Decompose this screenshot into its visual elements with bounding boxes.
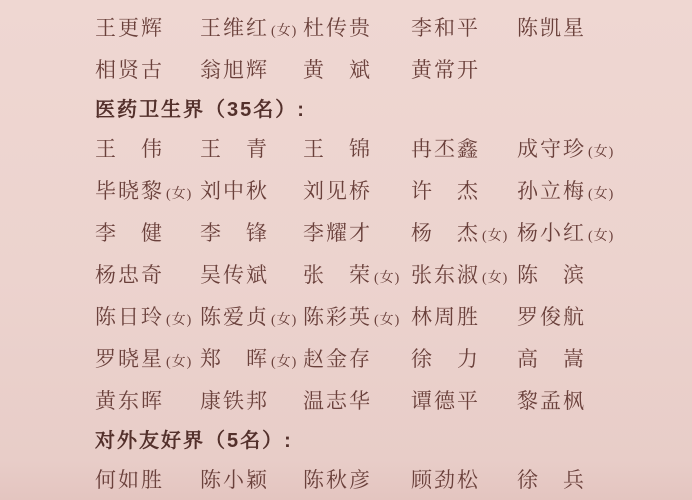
female-suffix: (女) xyxy=(166,313,192,328)
person-name: 徐 力 xyxy=(411,347,480,371)
person-name: 顾劲松 xyxy=(411,468,480,492)
names-row: 陈日玲(女)陈爱贞(女)陈彩英(女)林周胜罗俊航 xyxy=(95,296,672,338)
name-cell: 王 锦 xyxy=(303,139,411,160)
name-cell: 王 伟 xyxy=(95,139,200,160)
name-cell: 陈彩英(女) xyxy=(303,307,411,328)
name-cell: 李 锋 xyxy=(200,223,303,244)
name-cell: 陈秋彦 xyxy=(303,470,411,491)
name-cell: 吴传斌 xyxy=(200,265,303,286)
section-header: 医药卫生界（35名）: xyxy=(95,91,672,128)
person-name: 陈彩英 xyxy=(303,305,372,329)
person-name: 李和平 xyxy=(411,16,480,40)
names-row: 相贤古翁旭辉黄 斌黄常开 xyxy=(95,49,672,91)
name-cell: 康铁邦 xyxy=(200,391,303,412)
person-name: 刘见桥 xyxy=(303,179,372,203)
person-name: 罗俊航 xyxy=(517,305,586,329)
person-name: 冉丕鑫 xyxy=(411,137,480,161)
name-cell: 许 杰 xyxy=(411,181,517,202)
name-cell: 杜传贵 xyxy=(303,18,411,39)
name-cell: 陈日玲(女) xyxy=(95,307,200,328)
female-suffix: (女) xyxy=(588,145,614,160)
name-cell: 杨小红(女) xyxy=(517,223,672,244)
person-name: 张东淑 xyxy=(411,263,480,287)
person-name: 王 伟 xyxy=(95,137,164,161)
person-name: 陈日玲 xyxy=(95,305,164,329)
female-suffix: (女) xyxy=(482,271,508,286)
female-suffix: (女) xyxy=(374,313,400,328)
name-cell: 黄常开 xyxy=(411,60,517,81)
name-cell: 陈爱贞(女) xyxy=(200,307,303,328)
name-cell: 陈凯星 xyxy=(517,18,672,39)
person-name: 吴传斌 xyxy=(200,263,269,287)
person-name: 王 青 xyxy=(200,137,269,161)
person-name: 黄东晖 xyxy=(95,389,164,413)
name-cell: 温志华 xyxy=(303,391,411,412)
person-name: 黄常开 xyxy=(411,58,480,82)
name-cell: 王 青 xyxy=(200,139,303,160)
person-name: 高 嵩 xyxy=(517,347,586,371)
person-name: 陈凯星 xyxy=(517,16,586,40)
person-name: 李 锋 xyxy=(200,221,269,245)
name-cell: 黄东晖 xyxy=(95,391,200,412)
names-row: 黄东晖康铁邦温志华谭德平黎孟枫 xyxy=(95,380,672,422)
person-name: 相贤古 xyxy=(95,58,164,82)
names-row: 李 健李 锋李耀才杨 杰(女)杨小红(女) xyxy=(95,212,672,254)
name-cell: 黄 斌 xyxy=(303,60,411,81)
person-name: 张 荣 xyxy=(303,263,372,287)
person-name: 何如胜 xyxy=(95,468,164,492)
person-name: 毕晓黎 xyxy=(95,179,164,203)
name-cell: 张 荣(女) xyxy=(303,265,411,286)
name-cell: 杨忠奇 xyxy=(95,265,200,286)
person-name: 杨小红 xyxy=(517,221,586,245)
name-cell: 王更辉 xyxy=(95,18,200,39)
person-name: 谭德平 xyxy=(411,389,480,413)
person-name: 林周胜 xyxy=(411,305,480,329)
name-cell: 李 健 xyxy=(95,223,200,244)
person-name: 陈 滨 xyxy=(517,263,586,287)
name-cell: 李耀才 xyxy=(303,223,411,244)
female-suffix: (女) xyxy=(374,271,400,286)
names-row: 王 伟王 青王 锦冉丕鑫成守珍(女) xyxy=(95,128,672,170)
name-cell: 何如胜 xyxy=(95,470,200,491)
female-suffix: (女) xyxy=(588,187,614,202)
name-cell: 谭德平 xyxy=(411,391,517,412)
person-name: 杨忠奇 xyxy=(95,263,164,287)
person-name: 陈爱贞 xyxy=(200,305,269,329)
name-cell: 顾劲松 xyxy=(411,470,517,491)
person-name: 陈秋彦 xyxy=(303,468,372,492)
names-row: 罗晓星(女)郑 晖(女)赵金存徐 力高 嵩 xyxy=(95,338,672,380)
name-cell: 徐 力 xyxy=(411,349,517,370)
person-name: 杜传贵 xyxy=(303,16,372,40)
person-name: 翁旭辉 xyxy=(200,58,269,82)
female-suffix: (女) xyxy=(166,187,192,202)
name-cell: 罗晓星(女) xyxy=(95,349,200,370)
name-cell: 张东淑(女) xyxy=(411,265,517,286)
name-cell: 陈 滨 xyxy=(517,265,672,286)
name-cell: 孙立梅(女) xyxy=(517,181,672,202)
person-name: 黄 斌 xyxy=(303,58,372,82)
person-name: 李耀才 xyxy=(303,221,372,245)
names-row: 毕晓黎(女)刘中秋刘见桥许 杰孙立梅(女) xyxy=(95,170,672,212)
person-name: 郑 晖 xyxy=(200,347,269,371)
name-cell: 黎孟枫 xyxy=(517,391,672,412)
person-name: 成守珍 xyxy=(517,137,586,161)
name-cell: 赵金存 xyxy=(303,349,411,370)
name-cell: 刘中秋 xyxy=(200,181,303,202)
female-suffix: (女) xyxy=(166,355,192,370)
person-name: 康铁邦 xyxy=(200,389,269,413)
name-cell: 郑 晖(女) xyxy=(200,349,303,370)
name-cell: 陈小颖 xyxy=(200,470,303,491)
female-suffix: (女) xyxy=(588,229,614,244)
name-cell: 高 嵩 xyxy=(517,349,672,370)
female-suffix: (女) xyxy=(271,313,297,328)
female-suffix: (女) xyxy=(482,229,508,244)
names-row: 何如胜陈小颖陈秋彦顾劲松徐 兵 xyxy=(95,459,672,500)
person-name: 李 健 xyxy=(95,221,164,245)
name-cell: 刘见桥 xyxy=(303,181,411,202)
female-suffix: (女) xyxy=(271,355,297,370)
name-cell: 罗俊航 xyxy=(517,307,672,328)
female-suffix: (女) xyxy=(271,24,297,39)
name-cell: 翁旭辉 xyxy=(200,60,303,81)
document-page: 王更辉王维红(女)杜传贵李和平陈凯星相贤古翁旭辉黄 斌黄常开医药卫生界（35名）… xyxy=(0,0,692,500)
person-name: 徐 兵 xyxy=(517,468,586,492)
section-header: 对外友好界（5名）: xyxy=(95,422,672,459)
person-name: 王更辉 xyxy=(95,16,164,40)
names-row: 杨忠奇吴传斌张 荣(女)张东淑(女)陈 滨 xyxy=(95,254,672,296)
person-name: 王 锦 xyxy=(303,137,372,161)
person-name: 罗晓星 xyxy=(95,347,164,371)
person-name: 刘中秋 xyxy=(200,179,269,203)
name-cell: 李和平 xyxy=(411,18,517,39)
name-cell: 林周胜 xyxy=(411,307,517,328)
person-name: 黎孟枫 xyxy=(517,389,586,413)
person-name: 陈小颖 xyxy=(200,468,269,492)
name-cell: 杨 杰(女) xyxy=(411,223,517,244)
document-content: 王更辉王维红(女)杜传贵李和平陈凯星相贤古翁旭辉黄 斌黄常开医药卫生界（35名）… xyxy=(95,0,672,500)
person-name: 温志华 xyxy=(303,389,372,413)
name-cell: 毕晓黎(女) xyxy=(95,181,200,202)
person-name: 孙立梅 xyxy=(517,179,586,203)
name-cell: 成守珍(女) xyxy=(517,139,672,160)
name-cell: 王维红(女) xyxy=(200,18,303,39)
person-name: 赵金存 xyxy=(303,347,372,371)
name-cell: 相贤古 xyxy=(95,60,200,81)
name-cell: 徐 兵 xyxy=(517,470,672,491)
person-name: 许 杰 xyxy=(411,179,480,203)
name-cell: 冉丕鑫 xyxy=(411,139,517,160)
person-name: 王维红 xyxy=(200,16,269,40)
person-name: 杨 杰 xyxy=(411,221,480,245)
names-row: 王更辉王维红(女)杜传贵李和平陈凯星 xyxy=(95,7,672,49)
